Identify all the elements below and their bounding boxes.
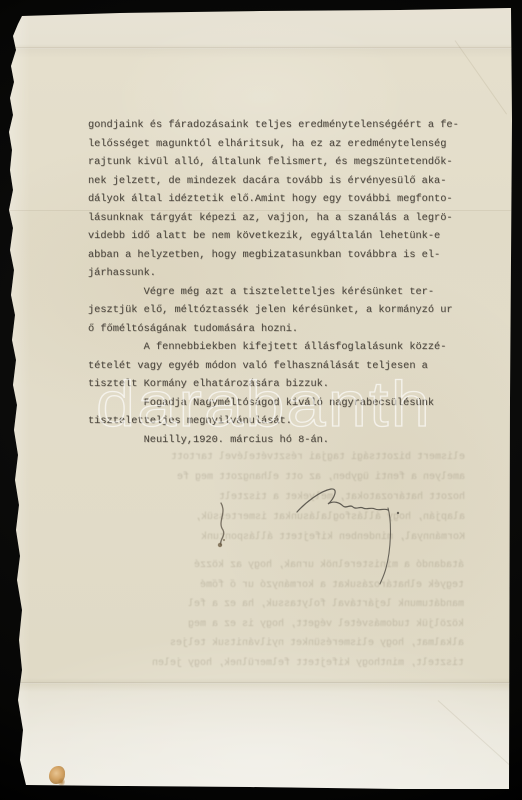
horizontal-fold-crease-top	[8, 47, 514, 49]
diagonal-crease-bottom-right	[438, 700, 522, 778]
handwritten-signature	[288, 480, 418, 590]
letter-paper: elismert bizottsági tagjai résztvételéve…	[0, 0, 522, 800]
watermark-text: darabanth	[96, 368, 432, 440]
paper-defect-fiber	[205, 495, 245, 555]
darabanth-watermark: darabanth	[90, 362, 450, 450]
foxing-stain-dot	[58, 778, 65, 786]
diagonal-crease-top-right	[455, 40, 507, 114]
photograph-background: elismert bizottsági tagjai résztvételéve…	[0, 0, 522, 800]
horizontal-fold-crease-bottom	[8, 682, 514, 684]
